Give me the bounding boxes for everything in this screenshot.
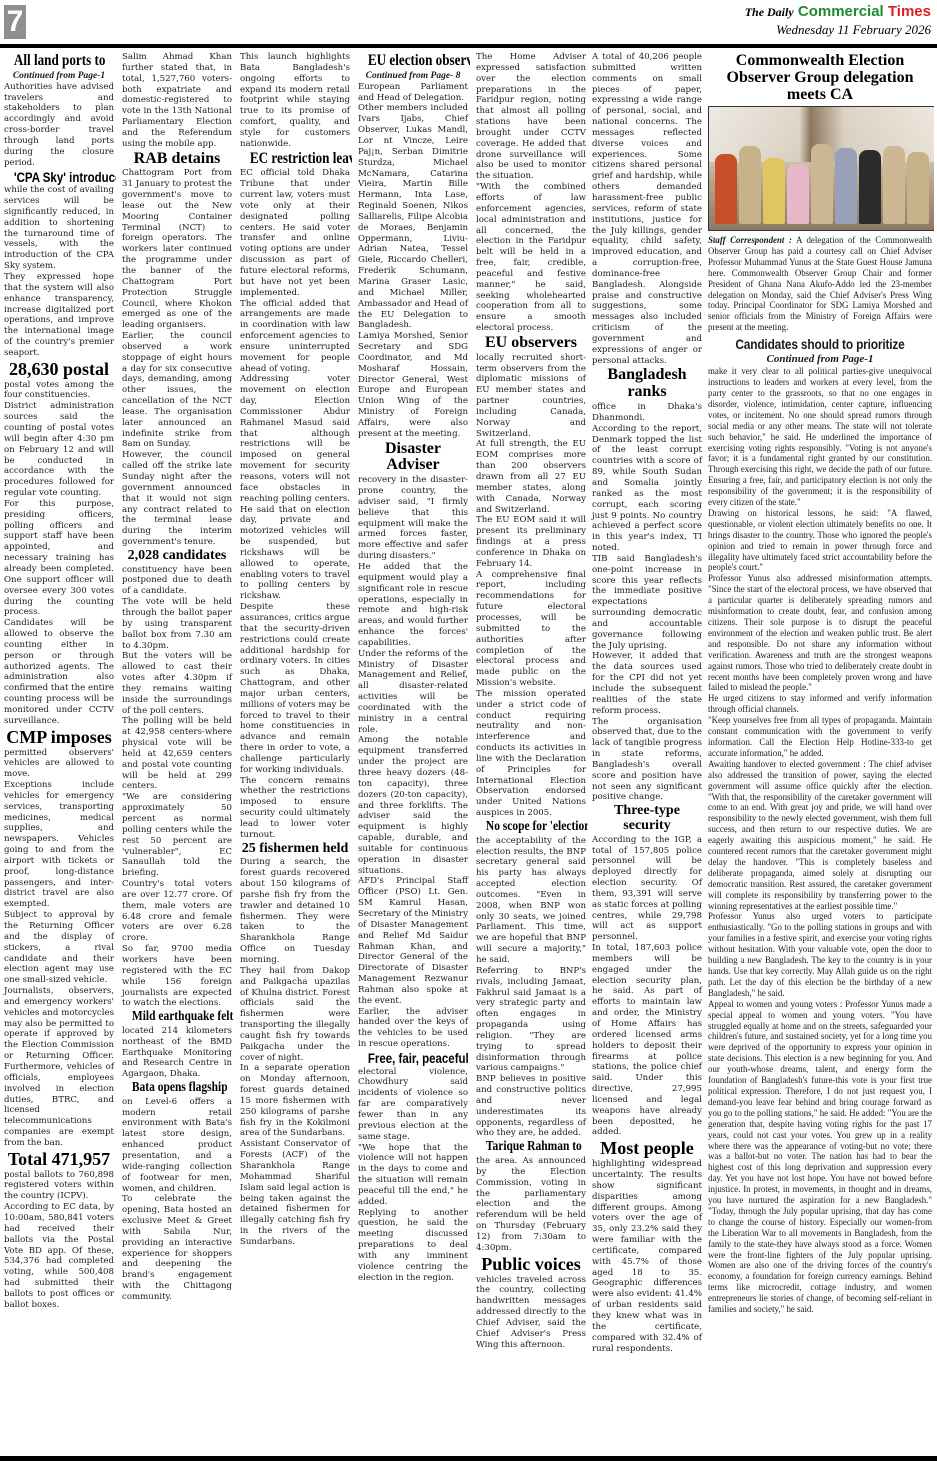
- commonwealth-paragraph: Staff Correspondent : A delegation of th…: [708, 235, 932, 333]
- paragraph: European Parliament and Head of Delegati…: [358, 82, 468, 104]
- paragraph: locally recruited short-term observers f…: [476, 353, 586, 440]
- paragraph: The EU EOM said it will present its prel…: [476, 515, 586, 569]
- paragraph: However, it added that the data sources …: [592, 651, 702, 716]
- paragraph: BNP believes in positive and constructiv…: [476, 1074, 586, 1139]
- footer-rule: [0, 1456, 937, 1461]
- paragraph: Exceptions include vehicles for emergenc…: [4, 780, 114, 910]
- paragraph: A total of 40,206 people submitted writt…: [592, 52, 702, 366]
- paragraph: electoral violence, Chowdhury said incid…: [358, 1067, 468, 1143]
- paragraph: AFD's Principal Staff Officer (PSO) Lt. …: [358, 876, 468, 1006]
- delegation-photo: [708, 106, 934, 231]
- paragraph: Candidates will be allowed to observe th…: [4, 618, 114, 726]
- paragraph: Subject to approval by the Returning Off…: [4, 910, 114, 986]
- paragraph: located 214 kilometers northeast of the …: [122, 1026, 232, 1080]
- paragraph: So far, 9700 media workers have been reg…: [122, 944, 232, 1009]
- headline-commonwealth: Commonwealth Election Observer Group del…: [708, 52, 932, 103]
- paragraph: They hail from Dakop and Paikgacha upazi…: [240, 966, 350, 1064]
- paragraph: Earlier, the council observed a work sto…: [122, 331, 232, 450]
- headline-cmp-imposes: CMP imposes: [4, 728, 114, 747]
- paragraph: office in Dhaka's Dhanmondi.: [592, 402, 702, 424]
- column-2: Salim Ahmad Khan further stated that, in…: [120, 52, 234, 1454]
- headline-total-471957: Total 471,957: [4, 1150, 114, 1169]
- paragraph: Drawing on historical lessons, he said: …: [708, 508, 932, 573]
- paragraph: In a separate operation on Monday aftern…: [240, 1063, 350, 1139]
- headline-public-voices: Public voices: [476, 1255, 586, 1274]
- paragraph: Awaiting handover to elected government …: [708, 759, 932, 912]
- paragraph: on Level-6 offers a modern retail enviro…: [122, 1097, 232, 1195]
- headline-three-type-security: Three-type security: [592, 804, 702, 833]
- paragraph: Among the notable equipment transferred …: [358, 735, 468, 876]
- headline-most-people: Most people: [592, 1139, 702, 1158]
- paragraph: "With the combined efforts of law enforc…: [476, 182, 586, 334]
- brand-times: Times: [888, 3, 931, 20]
- paragraph: To celebrate the opening, Bata hosted an…: [122, 1194, 232, 1302]
- paragraph: Professor Yunus also addressed misinform…: [708, 573, 932, 693]
- column-6: A total of 40,206 people submitted writt…: [590, 52, 704, 1454]
- headline-ec-restriction: EC restriction leaves: [250, 151, 340, 168]
- headline-tarique-rahman: Tarique Rahman to: [486, 1140, 576, 1155]
- paragraph: According to the IGP, a total of 157,805…: [592, 835, 702, 943]
- paragraph: However, the council called off the stri…: [122, 450, 232, 548]
- paragraph: The vote will be held through the ballot…: [122, 597, 232, 651]
- paragraph: But the voters will be allowed to cast t…: [122, 651, 232, 716]
- paragraph: Country's total voters are over 12.77 cr…: [122, 879, 232, 944]
- paragraph: Lamiya Morshed, Senior Secretary and SDG…: [358, 331, 468, 439]
- column-3: This launch highlights Bata Bangladesh's…: [238, 52, 352, 1454]
- headline-land-ports: All land ports to: [14, 53, 104, 70]
- paragraph: This launch highlights Bata Bangladesh's…: [240, 52, 350, 150]
- paragraph: Earlier, the adviser handed over the key…: [358, 1007, 468, 1050]
- brand-commercial: Commercial: [798, 3, 884, 20]
- paragraph: Addressing voter movement on election da…: [240, 374, 350, 602]
- paragraph: Appeal to women and young voters : Profe…: [708, 999, 932, 1315]
- page-number-badge: 7: [4, 5, 26, 39]
- paragraph: while the cost of availing services will…: [4, 185, 114, 272]
- continued-note: Continued from Page-1: [708, 353, 932, 365]
- paragraph: Despite these assurances, critics argue …: [240, 602, 350, 776]
- paragraph: At full strength, the EU EOM comprises m…: [476, 439, 586, 515]
- paragraph: postal ballots to 760,898 registered vot…: [4, 1170, 114, 1203]
- column-4: EU election observer Continued from Page…: [356, 52, 470, 1454]
- headline-candidates-prioritize: Candidates should to prioritize: [725, 336, 915, 352]
- paragraph: He added that the equipment would play a…: [358, 562, 468, 649]
- paragraph: Salim Ahmad Khan further stated that, in…: [122, 52, 232, 150]
- paragraph: Assistant Conservator of Forests (ACF) o…: [240, 1139, 350, 1247]
- paragraph: In total, 187,603 police members will be…: [592, 943, 702, 1138]
- header-rule: [0, 44, 937, 48]
- column-7: Commonwealth Election Observer Group del…: [706, 52, 934, 1454]
- issue-date: Wednesday 11 February 2026: [776, 22, 931, 38]
- paragraph: permitted observers' vehicles are allowe…: [4, 748, 114, 781]
- paragraph: EC official told Dhaka Tribune that unde…: [240, 168, 350, 298]
- paragraph: recovery in the disaster-prone country, …: [358, 475, 468, 562]
- paragraph: The Home Adviser expressed satisfaction …: [476, 52, 586, 182]
- masthead: 7 The Daily Commercial Times Wednesday 1…: [0, 0, 937, 48]
- paragraph: the acceptability of the election result…: [476, 836, 586, 966]
- headline-eu-observers: EU observers: [476, 335, 586, 352]
- paragraph: Journalists, observers, and emergency wo…: [4, 986, 114, 1149]
- paragraph: The organisation observed that, due to t…: [592, 717, 702, 804]
- byline: Staff Correspondent :: [708, 235, 792, 245]
- headline-bangladesh-ranks: Bangladesh ranks: [592, 367, 702, 401]
- paragraph: Chattogram Port from 31 January to prote…: [122, 168, 232, 331]
- paragraph: vehicles traveled across the country, co…: [476, 1275, 586, 1351]
- paragraph: Authorities have advised travelers and s…: [4, 82, 114, 169]
- paragraph: They expressed hope that the system will…: [4, 272, 114, 359]
- paragraph: During a search, the forest guards recov…: [240, 857, 350, 965]
- paragraph: Professor Yunus also urged voters to par…: [708, 911, 932, 998]
- headline-cpa-sky: 'CPA Sky' introduced: [14, 170, 104, 185]
- brand-prefix: The Daily: [745, 5, 794, 19]
- headline-eu-election-observer: EU election observer: [368, 53, 458, 70]
- continued-note: Continued from Page- 8: [358, 71, 468, 81]
- paragraph: Under the reforms of the Ministry of Dis…: [358, 649, 468, 736]
- paragraph: "We are considering approximately 50 per…: [122, 792, 232, 879]
- paragraph: A comprehensive final report, including …: [476, 570, 586, 689]
- paragraph: He urged citizens to stay informed and v…: [708, 693, 932, 715]
- paragraph: Replying to another question, he said th…: [358, 1208, 468, 1284]
- paragraph: highlighting widespread uncertainty. The…: [592, 1159, 702, 1354]
- headline-earthquake: Mild earthquake felt: [132, 1010, 222, 1025]
- paragraph: According to the report, Denmark topped …: [592, 424, 702, 554]
- paragraph: The official added that arrangements are…: [240, 299, 350, 375]
- paragraph: TIB said Bangladesh's one-point increase…: [592, 554, 702, 652]
- headline-rab-detains: RAB detains: [122, 151, 232, 168]
- headline-disaster-adviser: Disaster Adviser: [358, 441, 468, 475]
- headline-no-scope: No scope for 'election: [486, 820, 576, 835]
- paragraph: The polling will be held at 42,958 cente…: [122, 716, 232, 792]
- paragraph: Other members included Ivars Ijabs, Chie…: [358, 103, 468, 331]
- paragraph: According to EC data, by 10:00am, 580,84…: [4, 1202, 114, 1310]
- paragraph: For this purpose, presiding officers, po…: [4, 499, 114, 618]
- paragraph: postal votes among the four constituenci…: [4, 380, 114, 402]
- paragraph: Referring to BNP's rivals, including Jam…: [476, 966, 586, 1074]
- headline-bata: Bata opens flagship: [132, 1081, 222, 1096]
- column-5: The Home Adviser expressed satisfaction …: [474, 52, 588, 1454]
- headline-2028-candidates: 2,028 candidates: [122, 549, 232, 564]
- paragraph: District administration sources said the…: [4, 401, 114, 499]
- paragraph: The mission operated under a strict code…: [476, 689, 586, 819]
- headline-free-fair-peaceful: Free, fair, peaceful: [368, 1051, 458, 1066]
- headline-28630-postal: 28,630 postal: [4, 360, 114, 379]
- continued-note: Continued from Page-1: [4, 71, 114, 81]
- paragraph: "We hope that the violence will not happ…: [358, 1143, 468, 1208]
- paragraph: "Keep yourselves free from all types of …: [708, 715, 932, 759]
- headline-fishermen: 25 fishermen held: [240, 842, 350, 857]
- paragraph: The concern remains whether the restrict…: [240, 776, 350, 841]
- newspaper-brand: The Daily Commercial Times: [745, 3, 931, 20]
- paragraph: make it very clear to all political part…: [708, 366, 932, 508]
- column-1: All land ports to Continued from Page-1 …: [2, 52, 116, 1454]
- paragraph: the area. As announced by the Election C…: [476, 1156, 586, 1254]
- paragraph: constituency have been postponed due to …: [122, 565, 232, 598]
